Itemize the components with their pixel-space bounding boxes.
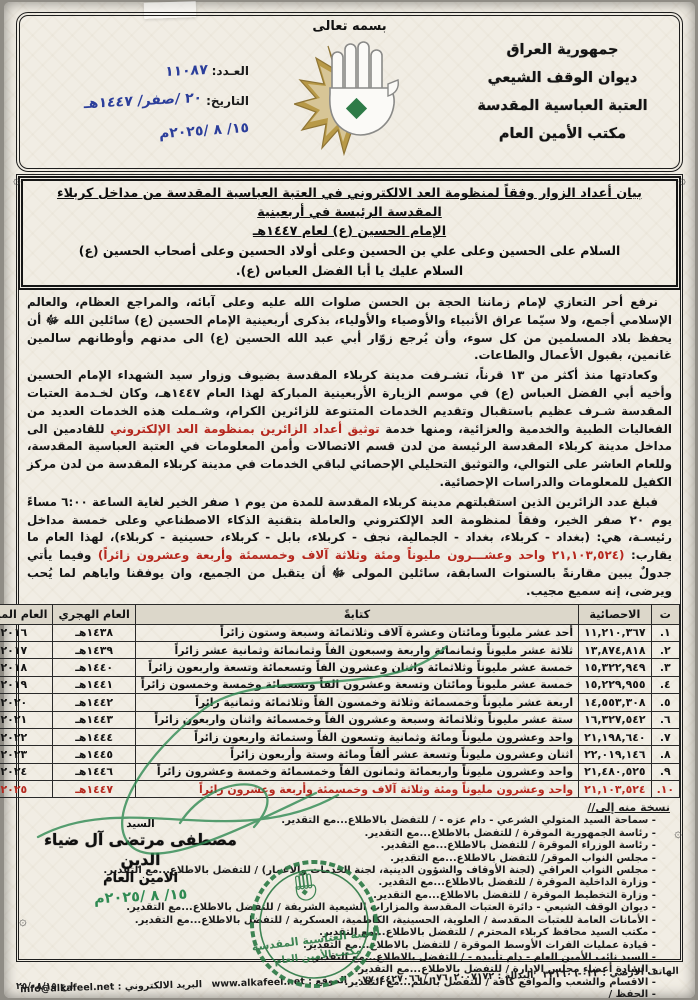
number-label: العـدد: <box>212 64 249 78</box>
corner-flourish-icon: ۞ <box>674 826 682 841</box>
salutation-husayn: السلام على الحسين وعلى علي بن الحسين وعل… <box>29 241 670 261</box>
document-number-row: العـدد: ١١٠٨٧ <box>34 56 249 86</box>
cell-hijri: ١٤٤٤هـ <box>53 728 135 745</box>
corner-flourish-icon: ۞ <box>678 173 686 188</box>
cell-gregorian: ٢٠١٨م <box>0 659 53 676</box>
cell-hijri: ١٤٣٩هـ <box>53 641 135 658</box>
paragraph-services: وكعادتها منذ أكثر من ١٣ قرناً، تشـرفت مد… <box>27 367 672 492</box>
signature-role: الامين العام <box>43 871 238 886</box>
col-header-in-words: كتابةً <box>135 604 578 624</box>
letterhead-line-country: جمهورية العراق <box>460 36 665 64</box>
cell-statistic: ٢١,١٠٣,٥٢٤ <box>579 781 651 798</box>
email-label: البريد الالكتروني : <box>117 979 202 992</box>
cell-hijri: ١٤٤٦هـ <box>53 763 135 780</box>
table-row: ٤. ١٥,٢٢٩,٩٥٥ خمسة عشر مليوناً ومائتان و… <box>0 676 680 693</box>
cell-index: ٥. <box>651 694 679 711</box>
gregorian-date-row: ١٥/ ٨ /٢٠٢٥م <box>34 116 249 146</box>
paper-sheet: بسمه تعالى جمهورية العراق ديوان الوقف ال… <box>4 2 695 998</box>
cell-hijri: ١٤٤٥هـ <box>53 746 135 763</box>
letterhead-calligraphy: جمهورية العراق ديوان الوقف الشيعي العتبة… <box>460 36 665 148</box>
hijri-date-row: التاريخ: ٢٠ /صفر/ ١٤٤٧هـ <box>34 86 249 116</box>
table-row: ١٠. ٢١,١٠٣,٥٢٤ واحد وعشرون مليوناً ومئة … <box>0 781 680 798</box>
signature-name: مصطفى مرتضى آل ضياء الدين <box>43 830 238 870</box>
signature-handwritten-date: ١٥/ ٨ /٢٠٢٥م <box>93 887 187 908</box>
col-header-index: ت <box>651 604 679 624</box>
cell-statistic: ٢١,٤٨٠,٥٢٥ <box>579 763 651 780</box>
abbas-hand-logo-icon <box>294 32 406 160</box>
cell-in-words: اثنان وعشرون مليوناً وتسعة عشر ألفاً وما… <box>135 746 578 763</box>
statement-title-line1: بيان أعداد الزوار وفقاً لمنظومة العد الا… <box>29 184 670 222</box>
table-row: ٩. ٢١,٤٨٠,٥٢٥ واحد وعشرون مليوناً واربعم… <box>0 763 680 780</box>
cell-index: ٩. <box>651 763 679 780</box>
cell-gregorian: ٢٠٢٠م <box>0 694 53 711</box>
cell-hijri: ١٤٣٨هـ <box>53 624 135 641</box>
cell-statistic: ٢١,١٩٨,٦٤٠ <box>579 728 651 745</box>
landline-value: ٠٣٢-٣٣١٦٠٦ <box>543 968 599 981</box>
statement-title-line2: الإمام الحسين (ع) لعام ١٤٤٧هـ <box>29 222 670 241</box>
cell-index: ٣. <box>651 659 679 676</box>
switchboard-label: البدالة : <box>497 969 533 981</box>
cell-gregorian: ٢٠٢١م <box>0 711 53 728</box>
paragraph-condolences: نرفع أحر التعازي لإمام زماننا الحجة بن ا… <box>27 294 672 365</box>
cell-index: ٧. <box>651 728 679 745</box>
cell-statistic: ٢٢,٠١٩,١٤٦ <box>579 746 651 763</box>
red-highlight-count-service: توثيق أعداد الزائرين بمنظومة العد الإلكت… <box>110 422 380 436</box>
table-row: ٦. ١٦,٣٢٧,٥٤٢ ستة عشر مليوناً وثلاثمائة … <box>0 711 680 728</box>
date-label: التاريخ: <box>206 94 249 108</box>
paragraph-total-count: فبلغ عدد الزائرين الذين استقبلتهم مدينة … <box>27 494 672 601</box>
letterhead-line-shrine: العتبة العباسية المقدسة <box>460 92 665 120</box>
hijri-date-value: ٢٠ /صفر/ ١٤٤٧هـ <box>83 83 202 119</box>
cell-in-words: خمسة عشر مليوناً ومائتان وتسعة وعشرون ال… <box>135 676 578 693</box>
cell-gregorian: ٢٠٢٢م <box>0 728 53 745</box>
corner-flourish-icon: ۞ <box>13 173 21 188</box>
cell-hijri: ١٤٤٢هـ <box>53 694 135 711</box>
cell-gregorian: ٢٠٢٣م <box>0 746 53 763</box>
cell-index: ١٠. <box>651 781 679 798</box>
cell-hijri: ١٤٤٠هـ <box>53 659 135 676</box>
cell-index: ١. <box>651 624 679 641</box>
cell-index: ٨. <box>651 746 679 763</box>
cell-statistic: ١٣,٨٧٤,٨١٨ <box>579 641 651 658</box>
cell-index: ٢. <box>651 641 679 658</box>
table-row: ٨. ٢٢,٠١٩,١٤٦ اثنان وعشرون مليوناً وتسعة… <box>0 746 680 763</box>
cell-hijri: ١٤٤٣هـ <box>53 711 135 728</box>
cell-statistic: ١١,٢١٠,٣٦٧ <box>579 624 651 641</box>
cell-gregorian: ٢٠١٧م <box>0 641 53 658</box>
cell-index: ٦. <box>651 711 679 728</box>
signature-honorific: السيد <box>43 818 238 830</box>
official-stamp: العتبة العباسية المقدسة مكتب الأمين العا… <box>239 849 388 998</box>
statement-paragraphs: نرفع أحر التعازي لإمام زماننا الحجة بن ا… <box>19 294 680 601</box>
cell-statistic: ١٦,٣٢٧,٥٤٢ <box>579 711 651 728</box>
gregorian-date-value: ١٥/ ٨ /٢٠٢٥م <box>158 113 250 149</box>
email-value: info@alkafeel.net <box>20 981 114 995</box>
letterhead-frame: بسمه تعالى جمهورية العراق ديوان الوقف ال… <box>16 12 683 172</box>
col-header-statistic: الاحصائية <box>579 604 651 624</box>
visitors-statistics-table: ت الاحصائية كتابةً العام الهجري العام ال… <box>0 604 680 799</box>
cell-statistic: ١٤,٥٥٣,٣٠٨ <box>579 694 651 711</box>
scanned-official-letter: بسمه تعالى جمهورية العراق ديوان الوقف ال… <box>0 0 698 1000</box>
cell-hijri: ١٤٤٧هـ <box>53 781 135 798</box>
table-row: ١. ١١,٢١٠,٣٦٧ أحد عشر مليوناً ومائتان وع… <box>0 624 680 641</box>
email-segment: البريد الالكتروني : info@alkafeel.net <box>20 979 202 995</box>
letterhead-line-office: مكتب الأمين العام <box>460 120 665 148</box>
cell-gregorian: ٢٠١٦م <box>0 624 53 641</box>
cell-in-words: واحد وعشرون مليوناً واربعمائة وثمانون ال… <box>135 763 578 780</box>
statement-title-box: بيان أعداد الزوار وفقاً لمنظومة العد الا… <box>18 176 681 290</box>
corner-flourish-icon: ۞ <box>19 914 27 929</box>
table-row: ٥. ١٤,٥٥٣,٣٠٨ اربعة عشر مليوناً وخمسمائة… <box>0 694 680 711</box>
col-header-gregorian: العام الميلادي <box>0 604 53 624</box>
cell-statistic: ١٥,٢٢٩,٩٥٥ <box>579 676 651 693</box>
salutation-abbas: السلام عليك يا أبا الفضل العباس (ع). <box>29 261 670 281</box>
number-date-block: العـدد: ١١٠٨٧ التاريخ: ٢٠ /صفر/ ١٤٤٧هـ ١… <box>34 56 249 146</box>
cell-gregorian: ٢٠٢٤م <box>0 763 53 780</box>
letterhead-line-diwan: ديوان الوقف الشيعي <box>460 64 665 92</box>
cell-in-words: اربعة عشر مليوناً وخمسمائة وثلاثة وخمسون… <box>135 694 578 711</box>
table-row: ٣. ١٥,٣٢٢,٩٤٩ خمسة عشر مليوناً وثلاثمائة… <box>0 659 680 676</box>
table-row: ٢. ١٣,٨٧٤,٨١٨ ثلاثة عشر مليوناً وثمانمائ… <box>0 641 680 658</box>
cell-in-words: ستة عشر مليوناً وثلاثمائة وسبعة وعشرون ا… <box>135 711 578 728</box>
cell-hijri: ١٤٤١هـ <box>53 676 135 693</box>
cell-index: ٤. <box>651 676 679 693</box>
signature-block: السيد مصطفى مرتضى آل ضياء الدين الامين ا… <box>43 818 238 905</box>
cell-gregorian: ٢٠١٩م <box>0 676 53 693</box>
table-header-row: ت الاحصائية كتابةً العام الهجري العام ال… <box>0 604 680 624</box>
col-header-hijri: العام الهجري <box>53 604 135 624</box>
document-body-frame: ۞ ۞ ۞ ۞ بيان أعداد الزوار وفقاً لمنظومة … <box>16 174 683 962</box>
distribution-label: نسخة منه إلى// <box>29 801 670 814</box>
cell-gregorian: ٢٠٢٥م <box>0 781 53 798</box>
cell-in-words: واحد وعشرون مليوناً ومئة وثلاثة آلاف وخم… <box>135 781 578 798</box>
landline-label: الهاتف الأرضي : <box>602 965 679 978</box>
cell-in-words: خمسة عشر مليوناً وثلاثمائة واثنان وعشرون… <box>135 659 578 676</box>
landline-segment: الهاتف الأرضي : ٠٣٢-٣٣١٦٠٦ <box>543 965 679 980</box>
red-highlight-total: (٢١,١٠٣,٥٢٤ واحد وعشـــرون مليوناً ومئة … <box>98 548 625 562</box>
cell-in-words: واحد وعشرون مليوناً ومائة وثمانية وتسعون… <box>135 728 578 745</box>
cell-statistic: ١٥,٣٢٢,٩٤٩ <box>579 659 651 676</box>
cell-in-words: أحد عشر مليوناً ومائتان وعشرة آلاف وثلاث… <box>135 624 578 641</box>
cell-in-words: ثلاثة عشر مليوناً وثمانمائة واربعة وسبعو… <box>135 641 578 658</box>
table-row: ٧. ٢١,١٩٨,٦٤٠ واحد وعشرون مليوناً ومائة … <box>0 728 680 745</box>
